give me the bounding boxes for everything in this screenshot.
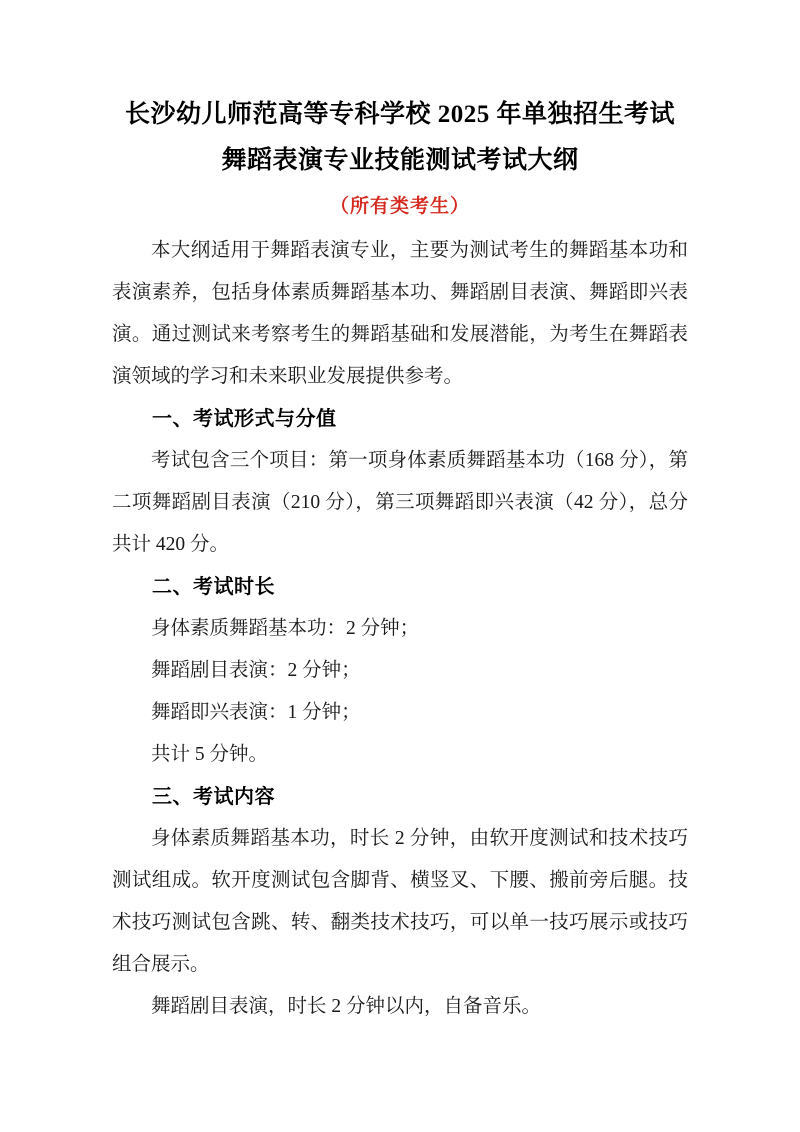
section-1-heading: 一、考试形式与分值 <box>112 398 688 440</box>
intro-paragraph: 本大纲适用于舞蹈表演专业，主要为测试考生的舞蹈基本功和表演素养，包括身体素质舞蹈… <box>112 230 688 398</box>
section-3-paragraph-2: 舞蹈剧目表演，时长 2 分钟以内，自备音乐。 <box>112 986 688 1028</box>
section-1-paragraph: 考试包含三个项目：第一项身体素质舞蹈基本功（168 分），第二项舞蹈剧目表演（2… <box>112 440 688 566</box>
duration-item-total: 共计 5 分钟。 <box>112 734 688 776</box>
audience-note: （所有类考生） <box>112 192 688 222</box>
doc-title-line-1: 长沙幼儿师范高等专科学校 2025 年单独招生考试 <box>112 92 688 138</box>
doc-title: 长沙幼儿师范高等专科学校 2025 年单独招生考试 舞蹈表演专业技能测试考试大纲 <box>112 92 688 184</box>
section-3-paragraph-1: 身体素质舞蹈基本功，时长 2 分钟，由软开度测试和技术技巧测试组成。软开度测试包… <box>112 818 688 986</box>
document-page: 长沙幼儿师范高等专科学校 2025 年单独招生考试 舞蹈表演专业技能测试考试大纲… <box>0 0 800 1132</box>
duration-item-improvisation: 舞蹈即兴表演：1 分钟； <box>112 692 688 734</box>
section-2-heading: 二、考试时长 <box>112 566 688 608</box>
section-3-heading: 三、考试内容 <box>112 776 688 818</box>
document-content: 长沙幼儿师范高等专科学校 2025 年单独招生考试 舞蹈表演专业技能测试考试大纲… <box>0 0 800 1028</box>
duration-item-basic-skills: 身体素质舞蹈基本功：2 分钟； <box>112 608 688 650</box>
doc-title-line-2: 舞蹈表演专业技能测试考试大纲 <box>112 138 688 184</box>
duration-item-repertoire: 舞蹈剧目表演：2 分钟； <box>112 650 688 692</box>
